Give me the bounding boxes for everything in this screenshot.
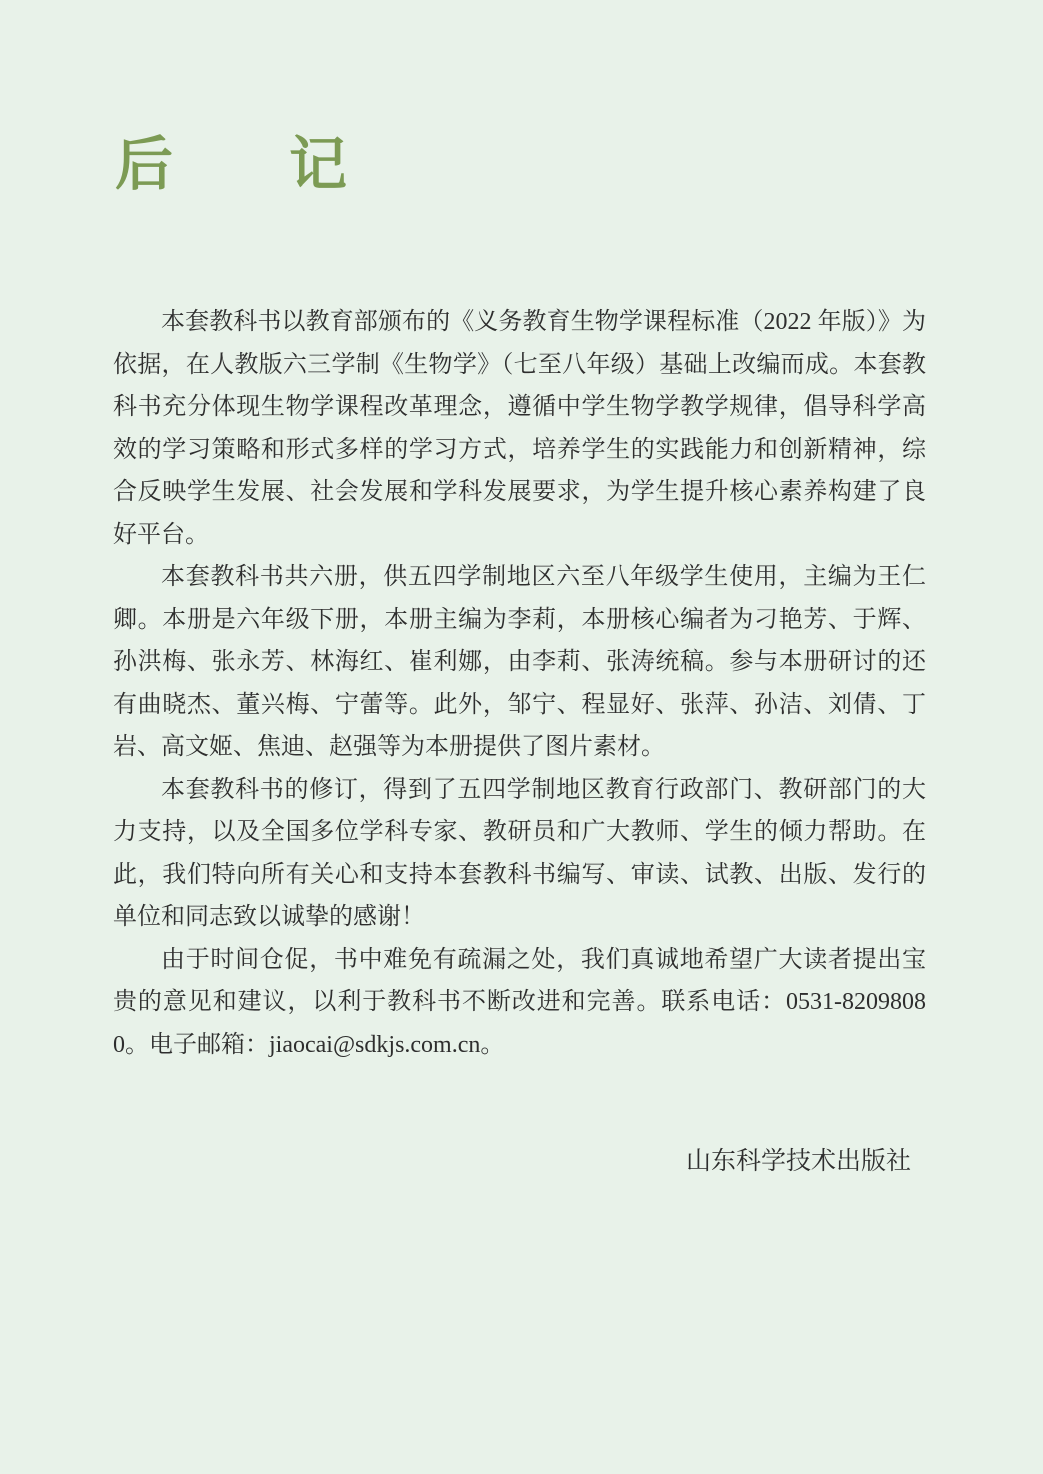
page-title: 后 记 — [115, 135, 926, 195]
paragraph-standards-basis: 本套教科书以教育部颁布的《义务教育生物学课程标准（2022 年版）》为依据，在人… — [113, 301, 926, 556]
body-text: 本套教科书以教育部颁布的《义务教育生物学课程标准（2022 年版）》为依据，在人… — [113, 301, 926, 1066]
afterword-page: 后 记 本套教科书以教育部颁布的《义务教育生物学课程标准（2022 年版）》为依… — [0, 0, 1043, 1474]
paragraph-acknowledgements: 本套教科书的修订，得到了五四学制地区教育行政部门、教研部门的大力支持，以及全国多… — [113, 769, 926, 939]
publisher-signature: 山东科学技术出版社 — [113, 1144, 926, 1180]
paragraph-editors: 本套教科书共六册，供五四学制地区六至八年级学生使用，主编为王仁卿。本册是六年级下… — [113, 556, 926, 769]
paragraph-feedback-contact: 由于时间仓促，书中难免有疏漏之处，我们真诚地希望广大读者提出宝贵的意见和建议，以… — [113, 939, 926, 1067]
page-content: 后 记 本套教科书以教育部颁布的《义务教育生物学课程标准（2022 年版）》为依… — [0, 135, 1043, 1180]
